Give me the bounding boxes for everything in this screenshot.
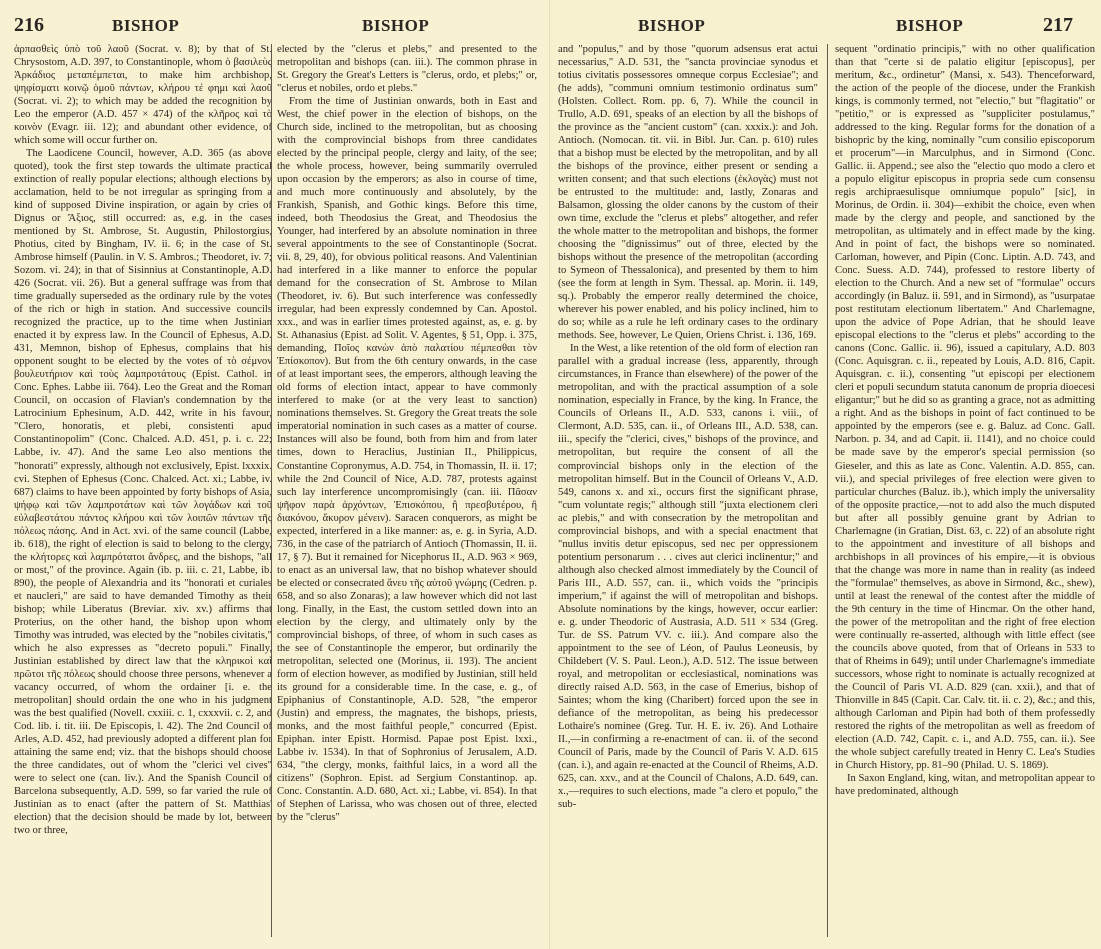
paragraph: ἁρπασθεὶς ὑπὸ τοῦ λαοῦ (Socrat. v. 8); b… [14,43,272,147]
running-head: BISHOP [638,16,705,36]
page-header: BISHOP BISHOP 217 [550,14,1101,38]
text-column-1: and "populus," and by those "quorum adse… [558,43,818,811]
column-divider [271,44,272,937]
left-page: 216 BISHOP BISHOP ἁρπασθεὶς ὑπὸ τοῦ λαοῦ… [0,0,550,949]
page-number: 217 [1043,14,1073,37]
paragraph: sequent "ordinatio principis," with no o… [835,43,1095,772]
book-spread: 216 BISHOP BISHOP ἁρπασθεὶς ὑπὸ τοῦ λαοῦ… [0,0,1101,949]
text-column-2: sequent "ordinatio principis," with no o… [835,43,1095,798]
paragraph: In Saxon England, king, witan, and metro… [835,772,1095,798]
running-head: BISHOP [112,16,179,36]
paragraph: and "populus," and by those "quorum adse… [558,43,818,342]
column-divider [827,44,828,937]
paragraph: From the time of Justinian onwards, both… [277,95,537,824]
paragraph: The Laodicene Council, however, A.D. 365… [14,147,272,837]
page-number: 216 [14,14,44,37]
running-head: BISHOP [362,16,429,36]
page-header: 216 BISHOP BISHOP [0,14,549,38]
text-column-2: elected by the "clerus et plebs," and pr… [277,43,537,824]
text-column-1: ἁρπασθεὶς ὑπὸ τοῦ λαοῦ (Socrat. v. 8); b… [14,43,272,837]
right-page: BISHOP BISHOP 217 and "populus," and by … [550,0,1101,949]
paragraph: elected by the "clerus et plebs," and pr… [277,43,537,95]
paragraph: In the West, a like retention of the old… [558,342,818,811]
running-head: BISHOP [896,16,963,36]
